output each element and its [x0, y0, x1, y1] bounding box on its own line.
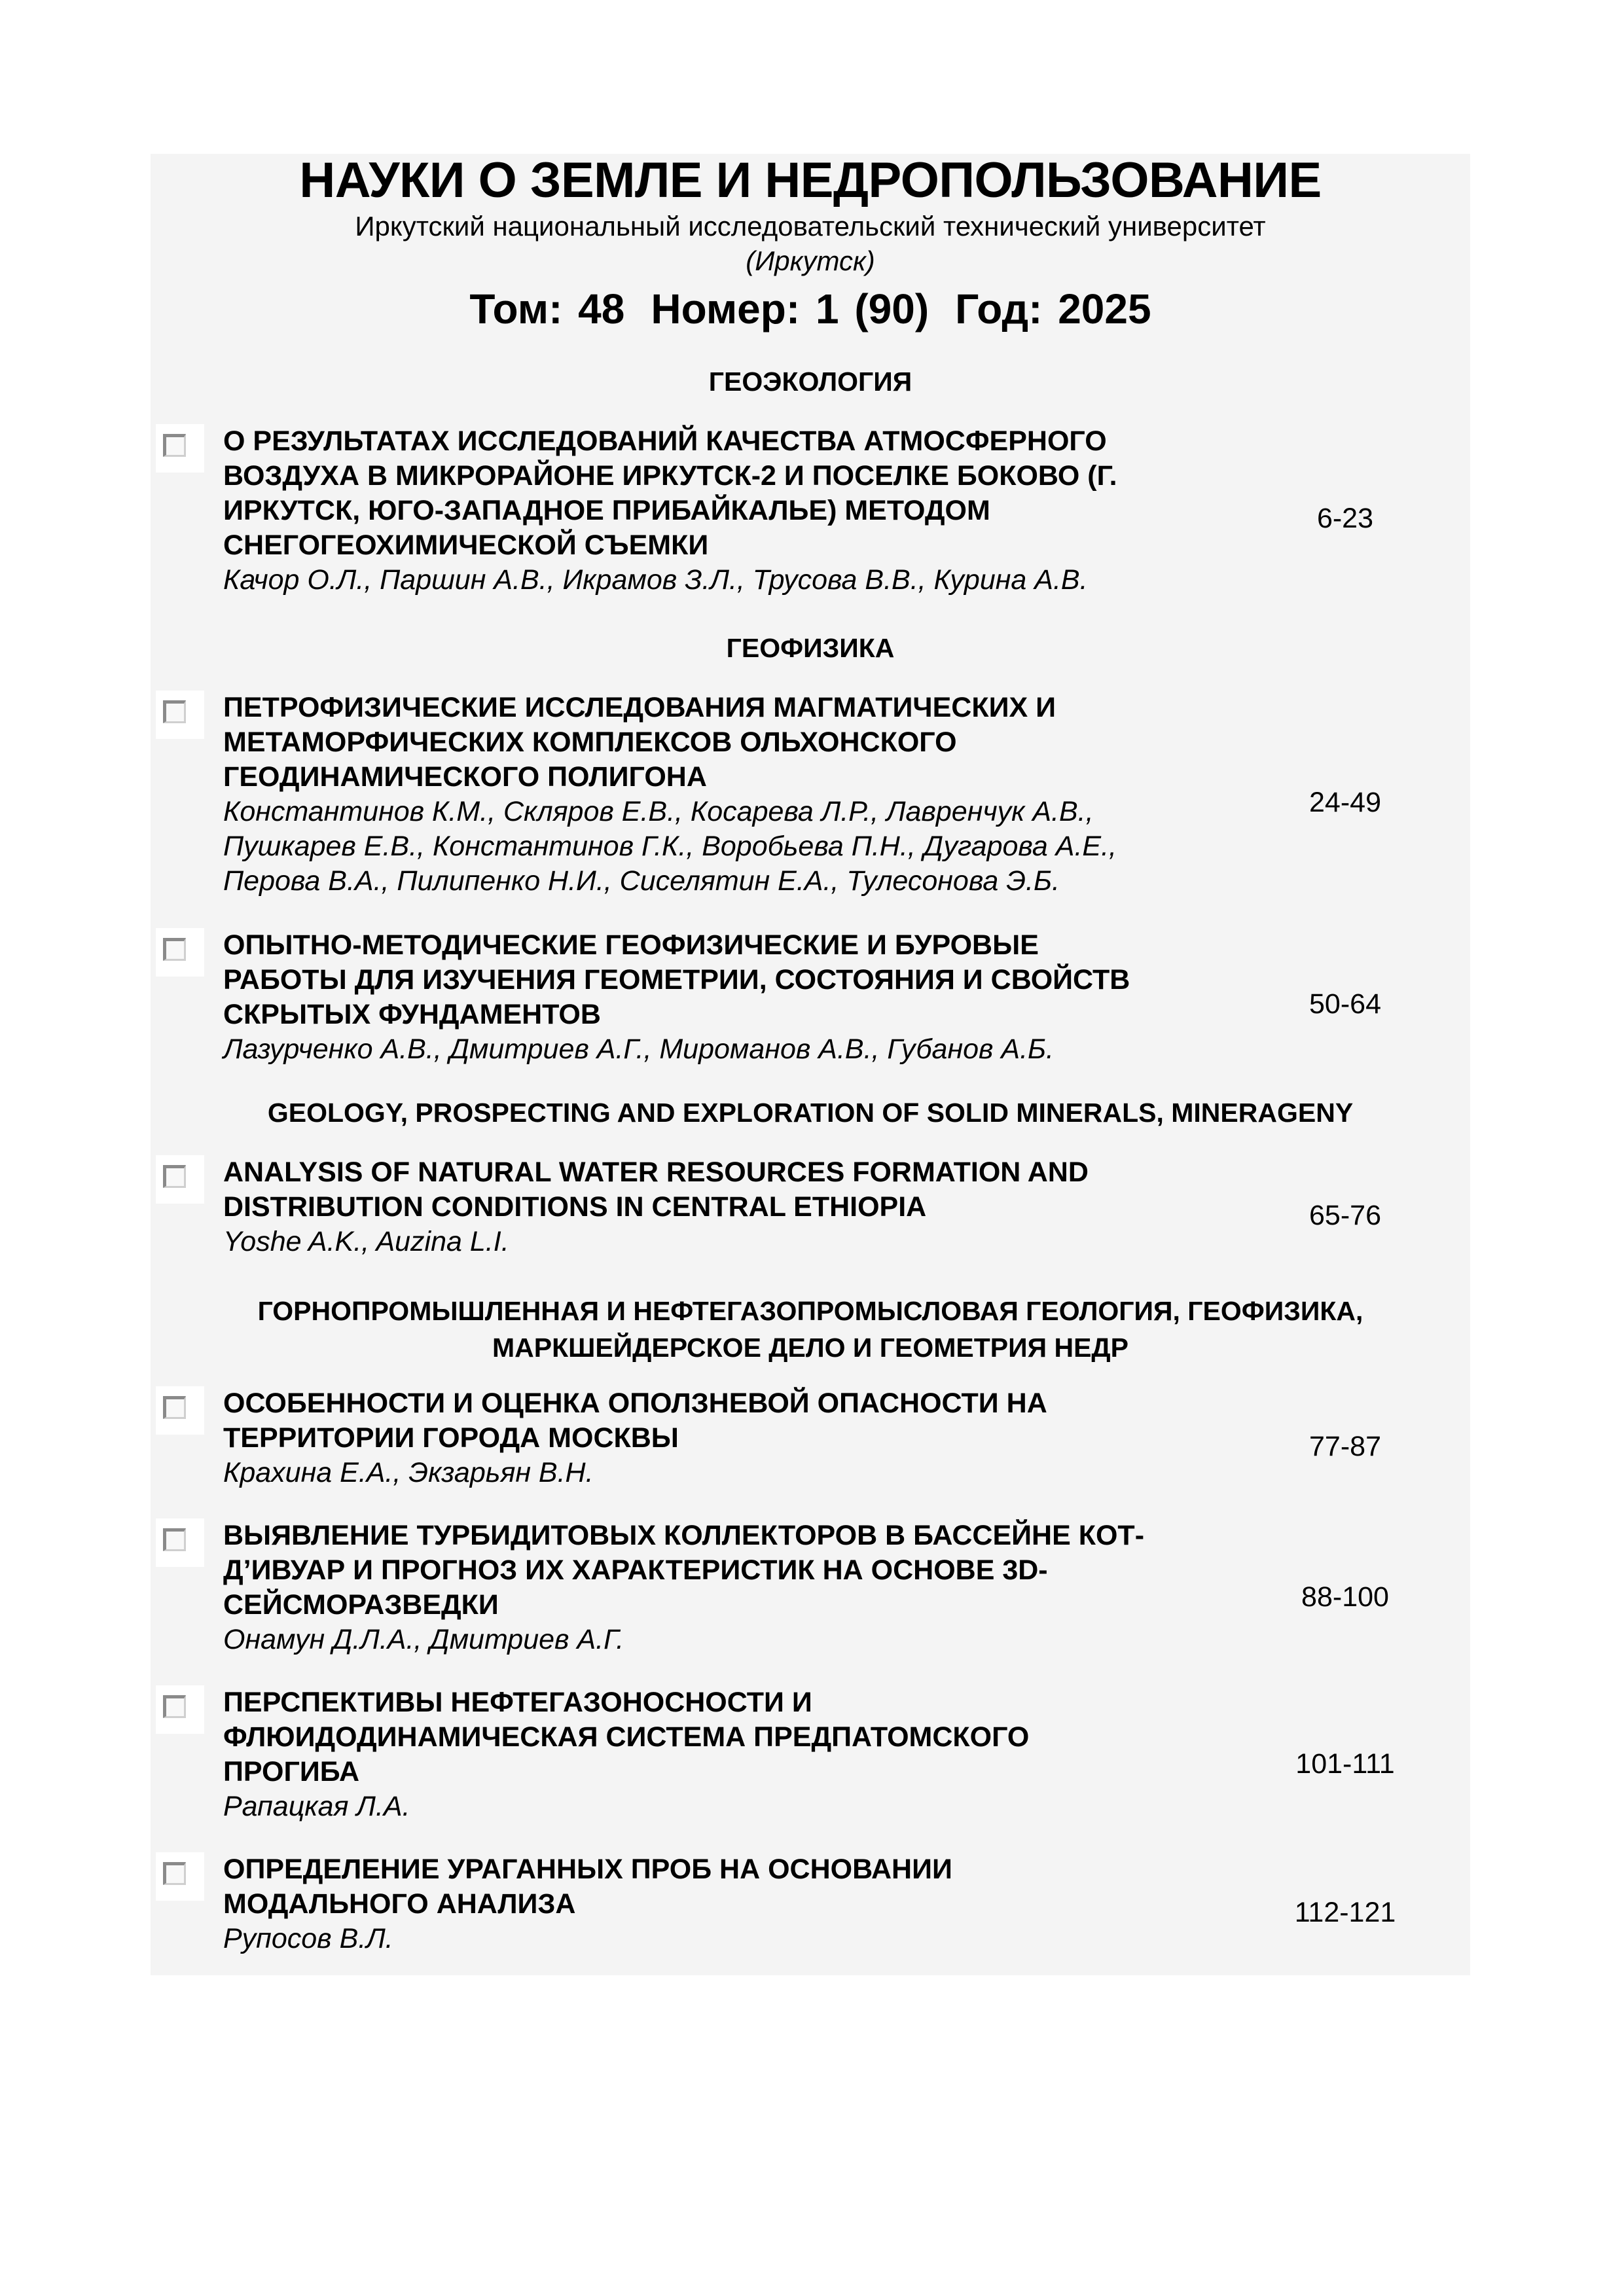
section-heading: GEOLOGY, PROSPECTING AND EXPLORATION OF …: [151, 1094, 1470, 1131]
article-pages: 6-23: [1290, 503, 1401, 535]
publisher: Иркутский национальный исследовательский…: [151, 211, 1470, 242]
article-pages: 77-87: [1290, 1431, 1401, 1463]
issue-number: Номер: 1 (90): [651, 285, 929, 332]
article-title[interactable]: ОПРЕДЕЛЕНИЕ УРАГАННЫХ ПРОБ НА ОСНОВАНИИ …: [223, 1852, 1257, 1922]
select-cell[interactable]: [156, 424, 204, 473]
journal-title: НАУКИ О ЗЕМЛЕ И НЕДРОПОЛЬЗОВАНИЕ: [151, 152, 1470, 209]
select-cell[interactable]: [156, 1518, 204, 1567]
article-authors: Yoshe A.K., Auzina L.I.: [223, 1225, 1257, 1259]
select-cell[interactable]: [156, 1155, 204, 1204]
article-title[interactable]: О РЕЗУЛЬТАТАХ ИССЛЕДОВАНИЙ КАЧЕСТВА АТМО…: [223, 424, 1257, 563]
article-title[interactable]: ВЫЯВЛЕНИЕ ТУРБИДИТОВЫХ КОЛЛЕКТОРОВ В БАС…: [223, 1518, 1257, 1623]
section-heading: ГЕОЭКОЛОГИЯ: [151, 363, 1470, 400]
article-authors: Онамун Д.Л.А., Дмитриев А.Г.: [223, 1623, 1257, 1657]
article-title[interactable]: ОПЫТНО-МЕТОДИЧЕСКИЕ ГЕОФИЗИЧЕСКИЕ И БУРО…: [223, 928, 1257, 1032]
checkbox-icon[interactable]: [163, 938, 186, 961]
year: Год: 2025: [955, 285, 1151, 332]
issue-info: Том: 48Номер: 1 (90)Год: 2025: [151, 285, 1470, 333]
article-authors: Рупосов В.Л.: [223, 1922, 1257, 1956]
article-authors: Качор О.Л., Паршин А.В., Икрамов З.Л., Т…: [223, 563, 1257, 598]
section-heading: ГЕОФИЗИКА: [151, 630, 1470, 666]
select-cell[interactable]: [156, 1386, 204, 1435]
article-pages: 101-111: [1290, 1748, 1401, 1780]
article-pages: 65-76: [1290, 1200, 1401, 1232]
select-cell[interactable]: [156, 1685, 204, 1734]
select-cell[interactable]: [156, 928, 204, 977]
section-heading: ГОРНОПРОМЫШЛЕННАЯ И НЕФТЕГАЗОПРОМЫСЛОВАЯ…: [151, 1293, 1470, 1366]
volume: Том: 48: [469, 285, 624, 332]
article-title[interactable]: ОСОБЕННОСТИ И ОЦЕНКА ОПОЛЗНЕВОЙ ОПАСНОСТ…: [223, 1386, 1257, 1456]
article-authors: Лазурченко А.В., Дмитриев А.Г., Миромано…: [223, 1032, 1257, 1067]
publisher-city: (Иркутск): [151, 245, 1470, 277]
checkbox-icon[interactable]: [163, 1528, 186, 1551]
checkbox-icon[interactable]: [163, 1695, 186, 1718]
checkbox-icon[interactable]: [163, 700, 186, 723]
checkbox-icon[interactable]: [163, 434, 186, 457]
article-pages: 24-49: [1290, 787, 1401, 819]
article-pages: 112-121: [1290, 1897, 1401, 1929]
article-title[interactable]: ANALYSIS OF NATURAL WATER RESOURCES FORM…: [223, 1155, 1257, 1225]
checkbox-icon[interactable]: [163, 1862, 186, 1885]
select-cell[interactable]: [156, 1852, 204, 1901]
article-pages: 50-64: [1290, 988, 1401, 1020]
checkbox-icon[interactable]: [163, 1396, 186, 1419]
article-authors: Рапацкая Л.А.: [223, 1789, 1257, 1824]
article-title[interactable]: ПЕРСПЕКТИВЫ НЕФТЕГАЗОНОСНОСТИ И ФЛЮИДОДИ…: [223, 1685, 1257, 1789]
article-pages: 88-100: [1290, 1581, 1401, 1613]
article-authors: Крахина Е.А., Экзарьян В.Н.: [223, 1456, 1257, 1490]
checkbox-icon[interactable]: [163, 1165, 186, 1188]
article-title[interactable]: ПЕТРОФИЗИЧЕСКИЕ ИССЛЕДОВАНИЯ МАГМАТИЧЕСК…: [223, 691, 1257, 795]
select-cell[interactable]: [156, 691, 204, 739]
article-authors: Константинов К.М., Скляров Е.В., Косарев…: [223, 795, 1257, 899]
